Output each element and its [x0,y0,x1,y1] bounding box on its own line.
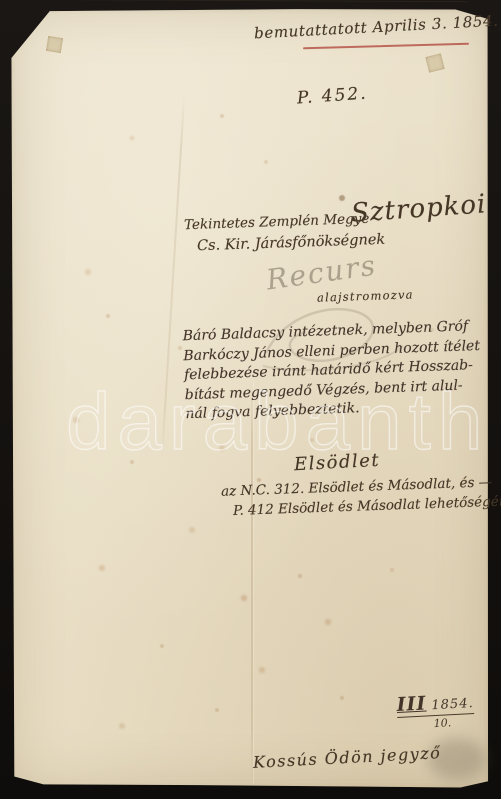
fold-crease-vertical-lower [251,382,253,784]
reference-subnumber: 10. [433,715,475,730]
reference-year: 1854. [431,696,474,713]
reference-numeral: III [396,692,427,716]
reference-number-block: III 1854. 10. [396,690,475,732]
fold-crease-horizontal [0,0,468,2]
section-heading: Elsödlet [294,450,381,475]
foxing-spots [10,8,14,12]
reference-top: III 1854. [396,690,474,718]
adhesive-mark-top-left [46,36,63,53]
body-paragraph: Báró Baldacsy intézetnek, melyben Gróf B… [182,317,487,425]
manuscript-photo: bemutattatott Aprilis 3. 1854. P. 452. T… [0,0,501,799]
